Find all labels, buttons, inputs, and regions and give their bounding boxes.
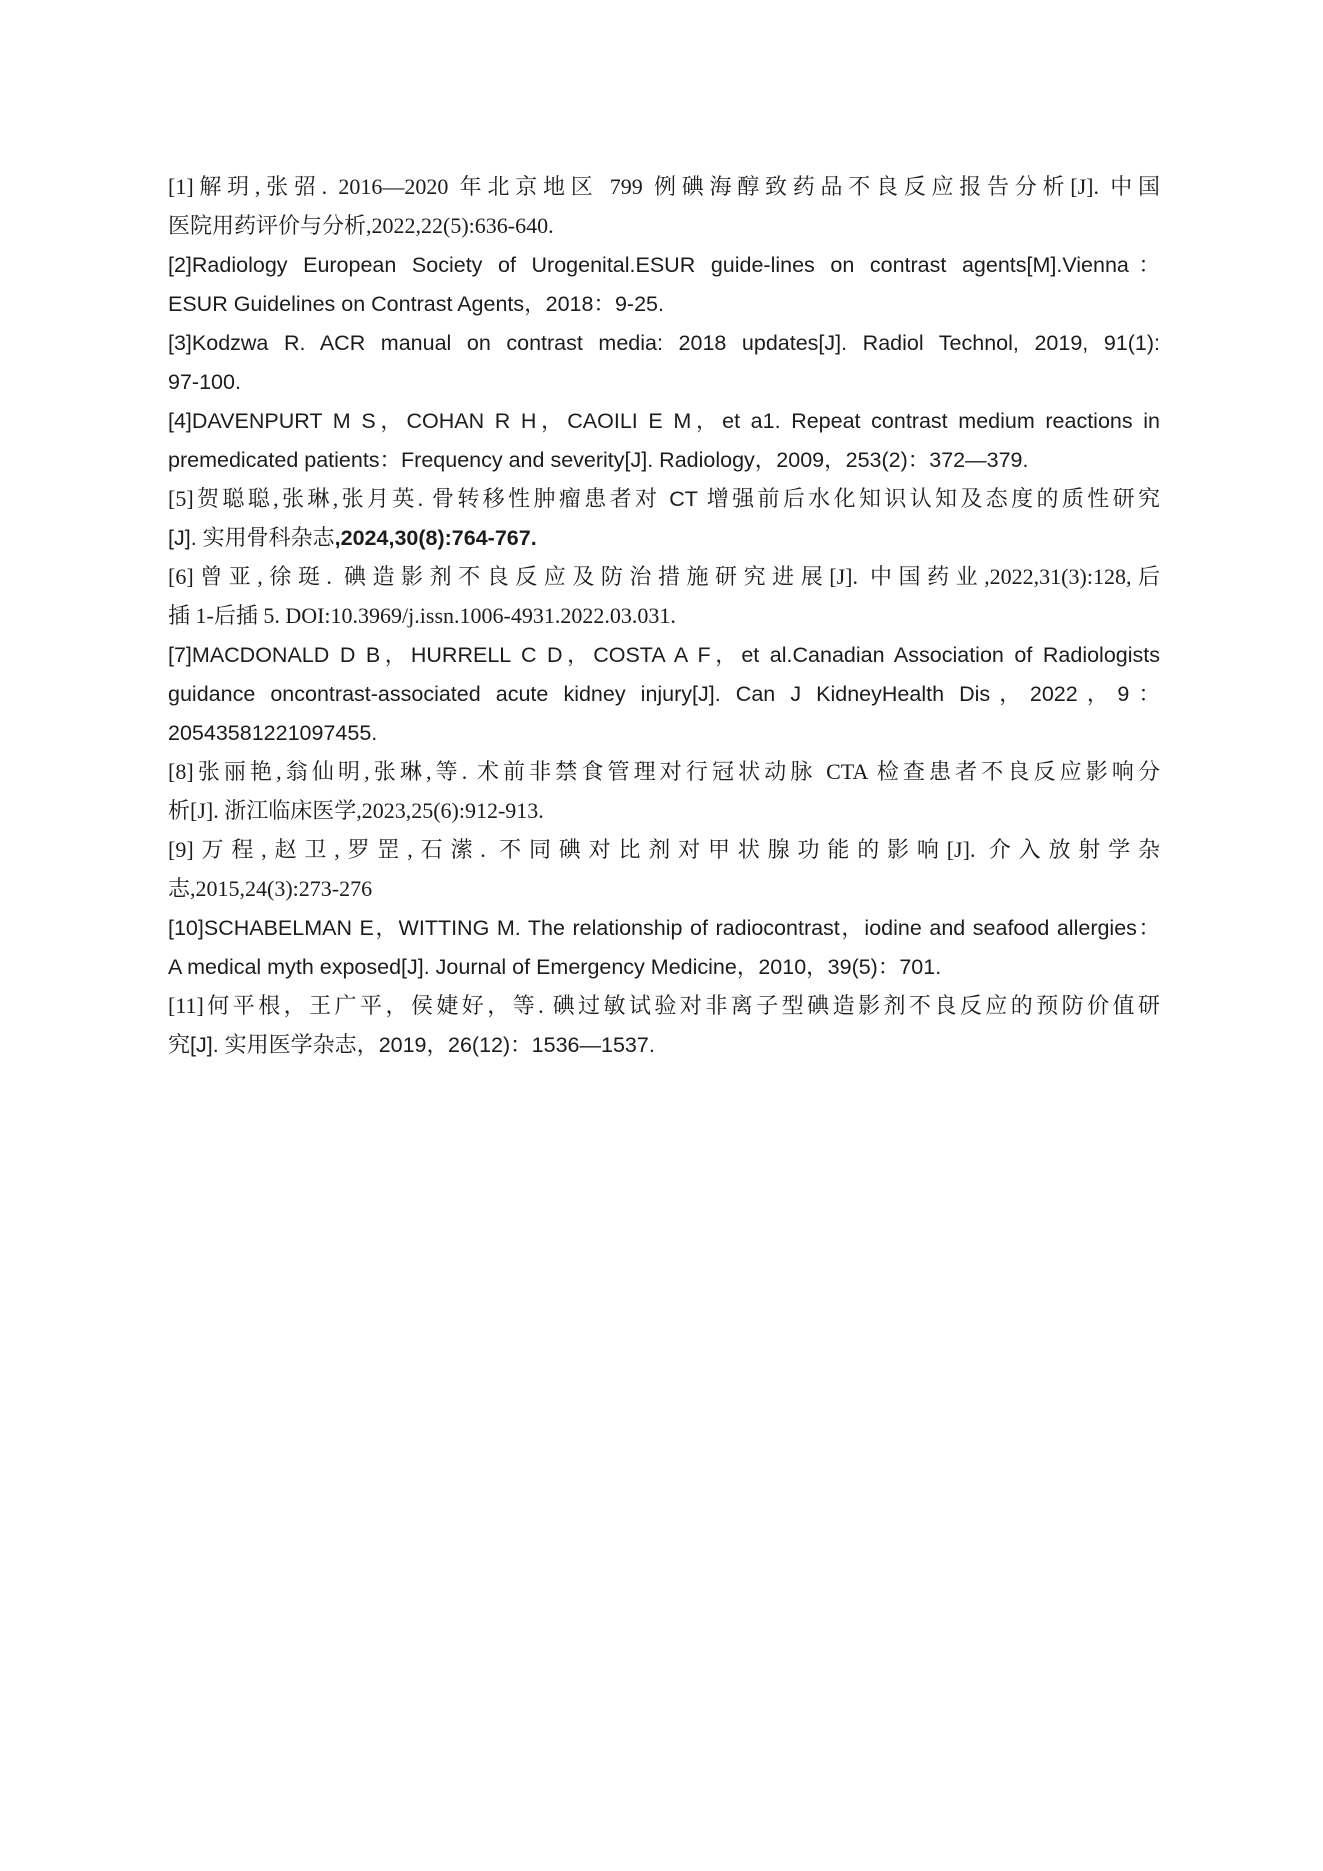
reference-text: [9]万程,赵卫,罗罡,石潆. 不同碘对比剂对甲状腺功能的影响[J]. 介入放射… — [168, 837, 1160, 862]
reference-line: [1]解玥,张弨. 2016—2020 年北京地区 799 例碘海醇致药品不良反… — [168, 169, 1160, 208]
reference-item-7: [7]MACDONALD D B，HURRELL C D，COSTA A F，e… — [168, 637, 1160, 754]
reference-line: [4]DAVENPURT M S，COHAN R H，CAOILI E M，et… — [168, 403, 1160, 442]
reference-line: 医院用药评价与分析,2022,22(5):636-640. — [168, 208, 1160, 247]
reference-text: [4]DAVENPURT M S，COHAN R H，CAOILI E M，et… — [168, 409, 1160, 433]
reference-text: 析[J]. 浙江临床医学,2023,25(6):912-913. — [168, 798, 544, 823]
reference-text: A medical myth exposed[J]. Journal of Em… — [168, 955, 941, 979]
reference-text: [5]贺聪聪,张琳,张月英. 骨转移性肿瘤患者对 — [168, 486, 669, 511]
reference-text: [6]曾亚,徐珽. 碘造影剂不良反应及防治措施研究进展[J]. 中国药业,202… — [168, 564, 1160, 589]
reference-text: [J]. — [190, 1033, 225, 1057]
reference-line: 插 1-后插 5. DOI:10.3969/j.issn.1006-4931.2… — [168, 598, 1160, 637]
reference-line: ESUR Guidelines on Contrast Agents，2018：… — [168, 286, 1160, 325]
reference-text: [10]SCHABELMAN E，WITTING M. The relation… — [168, 916, 1160, 940]
reference-item-2: [2]Radiology European Society of Urogeni… — [168, 247, 1160, 325]
reference-line: [3]Kodzwa R. ACR manual on contrast medi… — [168, 325, 1160, 364]
references-list: [1]解玥,张弨. 2016—2020 年北京地区 799 例碘海醇致药品不良反… — [168, 169, 1160, 1066]
reference-line: A medical myth exposed[J]. Journal of Em… — [168, 949, 1160, 988]
reference-text: ,2024,30(8):764-767. — [335, 526, 537, 550]
reference-text: [7]MACDONALD D B，HURRELL C D，COSTA A F，e… — [168, 643, 1160, 667]
reference-text: 2019，26(12)：1536—1537. — [379, 1033, 655, 1057]
reference-line: [10]SCHABELMAN E，WITTING M. The relation… — [168, 910, 1160, 949]
reference-text: [2]Radiology European Society of Urogeni… — [168, 253, 1160, 277]
reference-text: 97-100. — [168, 370, 241, 394]
reference-item-6: [6]曾亚,徐珽. 碘造影剂不良反应及防治措施研究进展[J]. 中国药业,202… — [168, 559, 1160, 637]
reference-line: [2]Radiology European Society of Urogeni… — [168, 247, 1160, 286]
reference-text: [J]. — [168, 526, 203, 550]
reference-line: 97-100. — [168, 364, 1160, 403]
reference-text: ESUR Guidelines on Contrast Agents，2018：… — [168, 292, 664, 316]
reference-text: 实用医学杂志， — [225, 1032, 379, 1057]
reference-text: [1]解玥,张弨. 2016—2020 年北京地区 799 例碘海醇致药品不良反… — [168, 174, 1160, 199]
reference-line: [6]曾亚,徐珽. 碘造影剂不良反应及防治措施研究进展[J]. 中国药业,202… — [168, 559, 1160, 598]
reference-line: [5]贺聪聪,张琳,张月英. 骨转移性肿瘤患者对 CT 增强前后水化知识认知及态… — [168, 481, 1160, 520]
reference-line: [J]. 实用骨科杂志,2024,30(8):764-767. — [168, 520, 1160, 559]
reference-item-1: [1]解玥,张弨. 2016—2020 年北京地区 799 例碘海醇致药品不良反… — [168, 169, 1160, 247]
reference-text: 20543581221097455. — [168, 721, 377, 745]
reference-line: premedicated patients：Frequency and seve… — [168, 442, 1160, 481]
reference-text: 增强前后水化知识认知及态度的质性研究 — [698, 486, 1160, 511]
reference-text: 究 — [168, 1032, 190, 1057]
reference-line: [8]张丽艳,翁仙明,张琳,等. 术前非禁食管理对行冠状动脉 CTA 检查患者不… — [168, 754, 1160, 793]
document-page: [1]解玥,张弨. 2016—2020 年北京地区 799 例碘海醇致药品不良反… — [0, 0, 1323, 1871]
reference-text: guidance oncontrast-associated acute kid… — [168, 682, 1160, 706]
reference-line: 志,2015,24(3):273-276 — [168, 871, 1160, 910]
reference-text: premedicated patients：Frequency and seve… — [168, 448, 1028, 472]
reference-line: [11]何平根，王广平，侯婕好，等. 碘过敏试验对非离子型碘造影剂不良反应的预防… — [168, 988, 1160, 1027]
reference-line: [7]MACDONALD D B，HURRELL C D，COSTA A F，e… — [168, 637, 1160, 676]
reference-line: 20543581221097455. — [168, 715, 1160, 754]
reference-line: guidance oncontrast-associated acute kid… — [168, 676, 1160, 715]
reference-item-5: [5]贺聪聪,张琳,张月英. 骨转移性肿瘤患者对 CT 增强前后水化知识认知及态… — [168, 481, 1160, 559]
reference-line: 析[J]. 浙江临床医学,2023,25(6):912-913. — [168, 793, 1160, 832]
reference-item-10: [10]SCHABELMAN E，WITTING M. The relation… — [168, 910, 1160, 988]
reference-item-3: [3]Kodzwa R. ACR manual on contrast medi… — [168, 325, 1160, 403]
reference-text: 插 1-后插 5. DOI:10.3969/j.issn.1006-4931.2… — [168, 603, 676, 628]
reference-text: 医院用药评价与分析,2022,22(5):636-640. — [168, 213, 554, 238]
reference-text: 实用骨科杂志 — [203, 525, 335, 550]
reference-item-9: [9]万程,赵卫,罗罡,石潆. 不同碘对比剂对甲状腺功能的影响[J]. 介入放射… — [168, 832, 1160, 910]
reference-text: CT — [669, 487, 698, 511]
reference-text: [8]张丽艳,翁仙明,张琳,等. 术前非禁食管理对行冠状动脉 CTA 检查患者不… — [168, 759, 1160, 784]
reference-text: [11]何平根，王广平，侯婕好，等. 碘过敏试验对非离子型碘造影剂不良反应的预防… — [168, 993, 1160, 1018]
reference-item-8: [8]张丽艳,翁仙明,张琳,等. 术前非禁食管理对行冠状动脉 CTA 检查患者不… — [168, 754, 1160, 832]
reference-line: 究[J]. 实用医学杂志，2019，26(12)：1536—1537. — [168, 1027, 1160, 1066]
reference-item-4: [4]DAVENPURT M S，COHAN R H，CAOILI E M，et… — [168, 403, 1160, 481]
reference-text: [3]Kodzwa R. ACR manual on contrast medi… — [168, 331, 1160, 355]
reference-text: 志,2015,24(3):273-276 — [168, 876, 372, 901]
reference-item-11: [11]何平根，王广平，侯婕好，等. 碘过敏试验对非离子型碘造影剂不良反应的预防… — [168, 988, 1160, 1066]
reference-line: [9]万程,赵卫,罗罡,石潆. 不同碘对比剂对甲状腺功能的影响[J]. 介入放射… — [168, 832, 1160, 871]
